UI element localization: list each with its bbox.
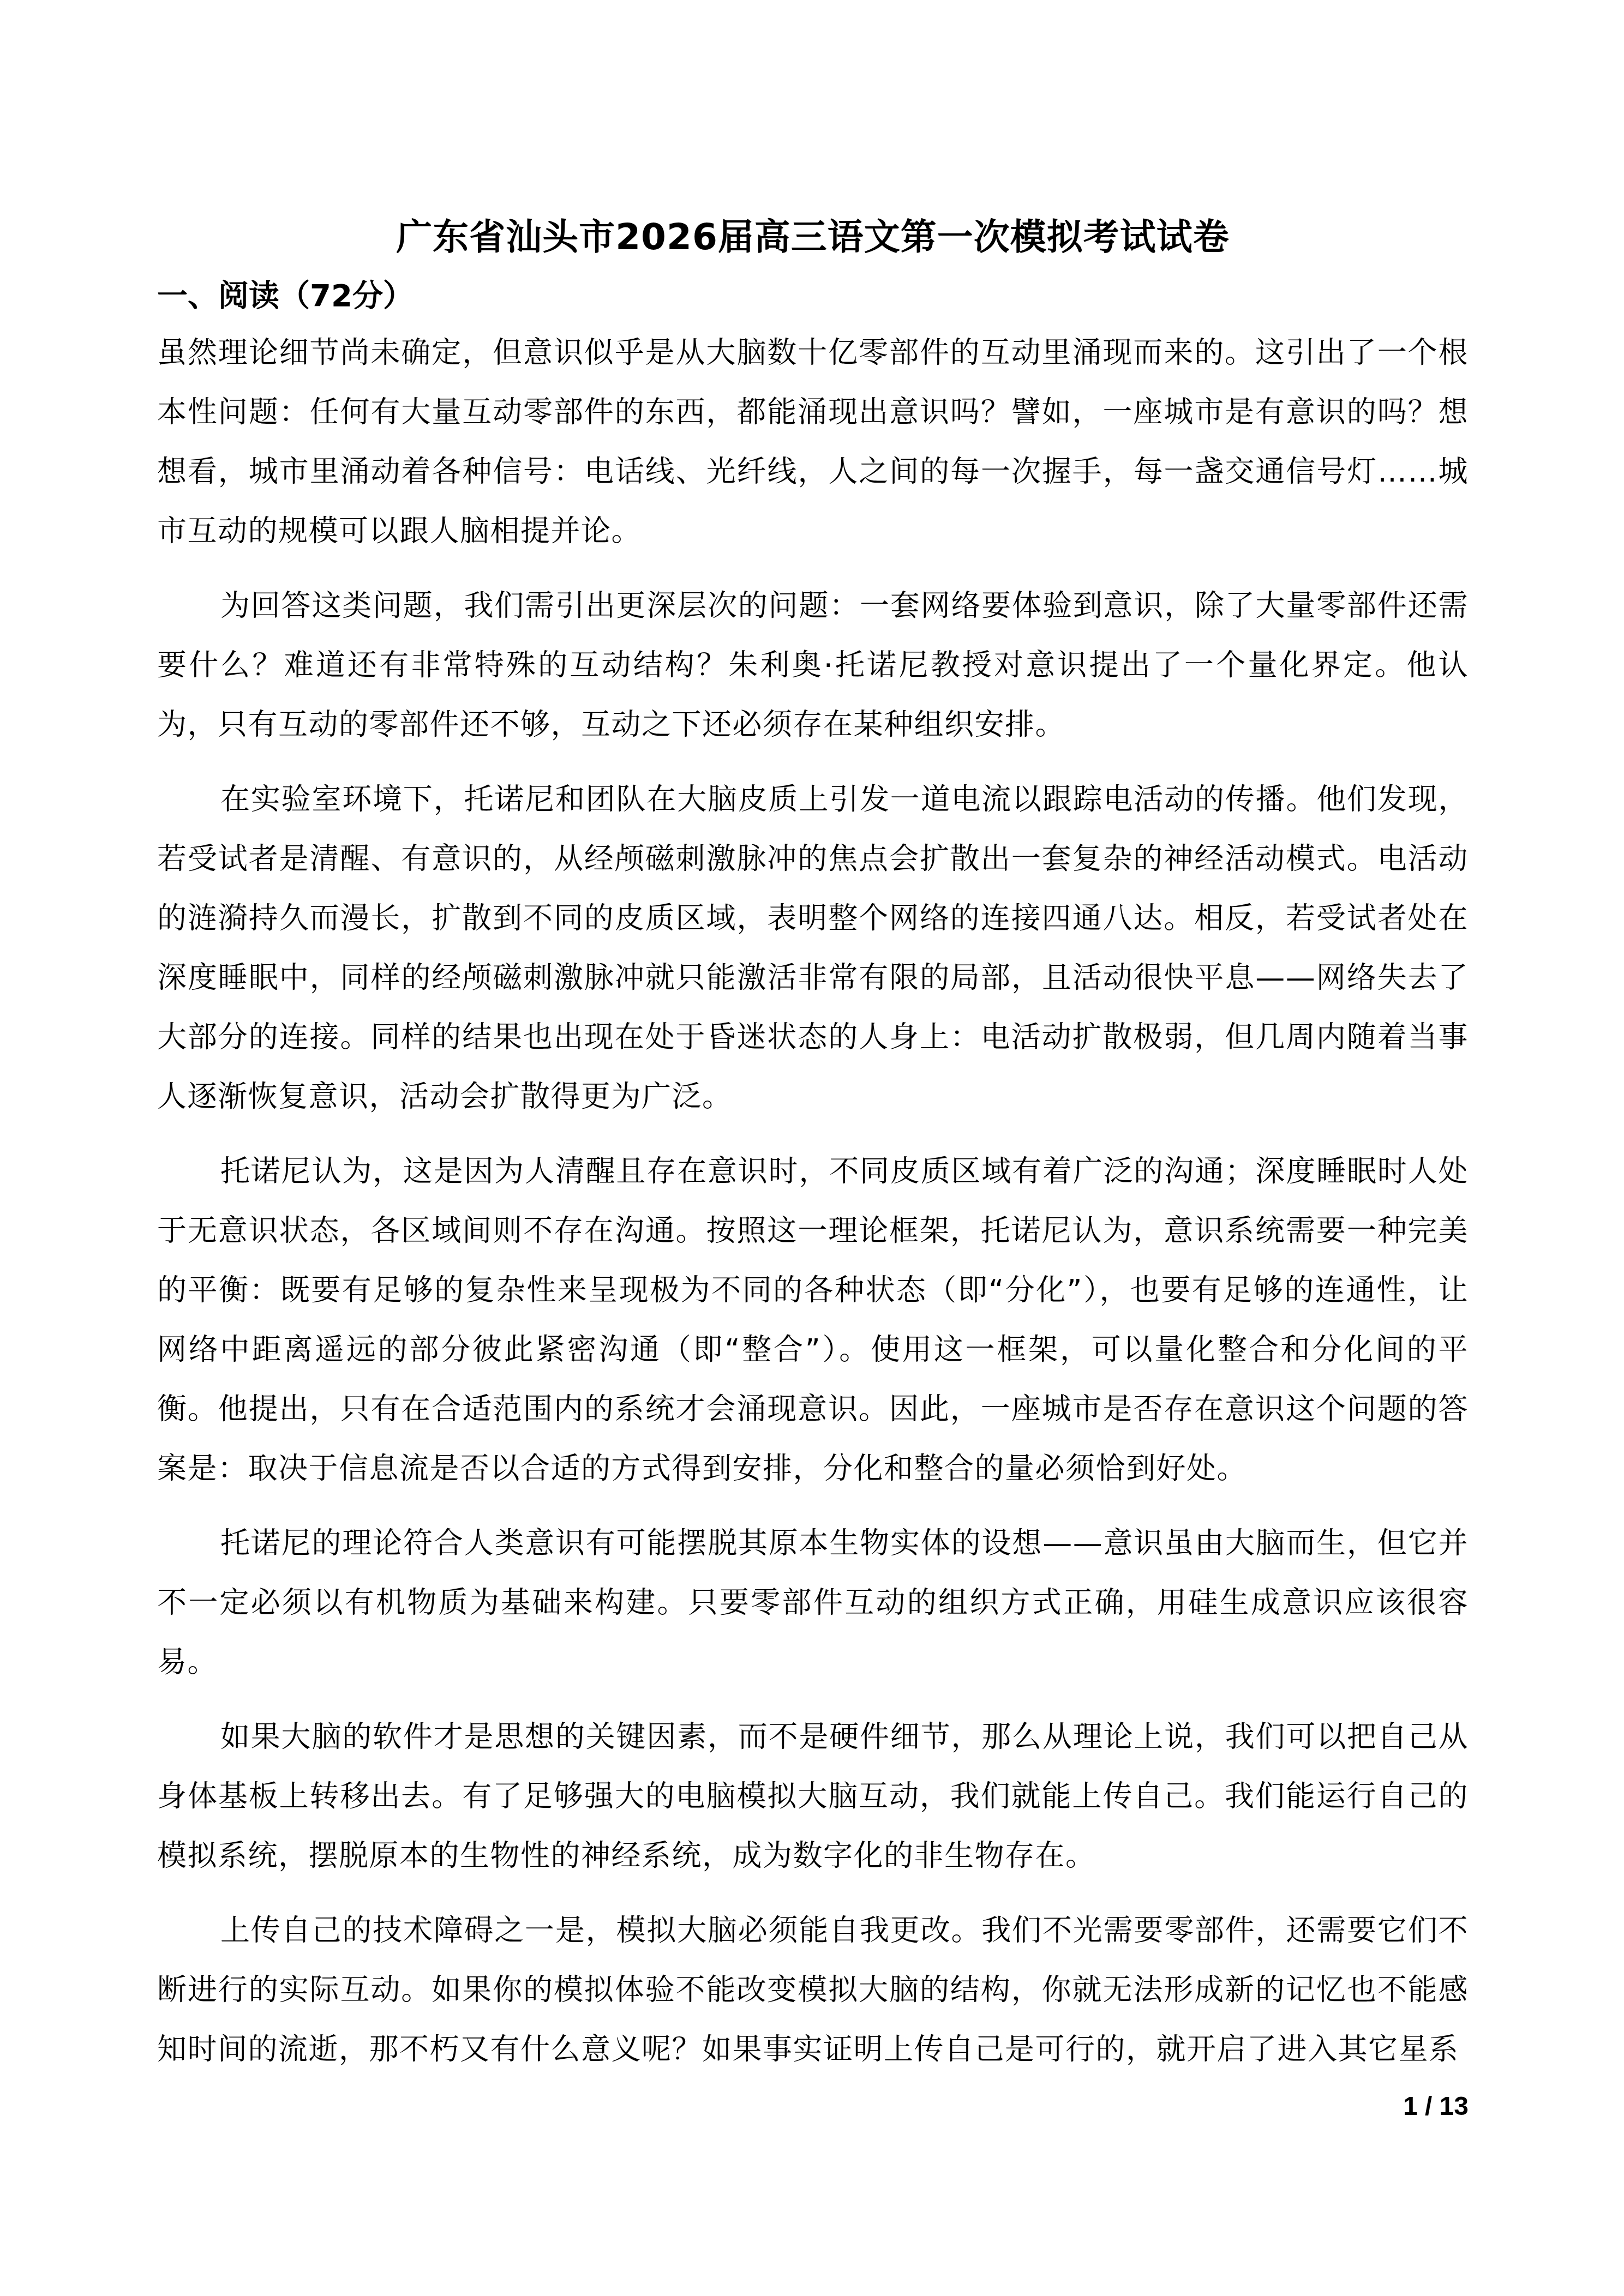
document-page: 广东省汕头市2026届高三语文第一次模拟考试试卷 一、阅读（72分） 虽然理论细… (157, 207, 1469, 2094)
section-heading-reading: 一、阅读（72分） (157, 272, 1469, 321)
document-title: 广东省汕头市2026届高三语文第一次模拟考试试卷 (157, 207, 1469, 267)
paragraph-3: 在实验室环境下，托诺尼和团队在大脑皮质上引发一道电流以跟踪电活动的传播。他们发现… (157, 770, 1469, 1126)
paragraph-4: 托诺尼认为，这是因为人清醒且存在意识时，不同皮质区域有着广泛的沟通；深度睡眠时人… (157, 1141, 1469, 1498)
paragraph-6: 如果大脑的软件才是思想的关键因素，而不是硬件细节，那么从理论上说，我们可以把自己… (157, 1707, 1469, 1885)
paragraph-5: 托诺尼的理论符合人类意识有可能摆脱其原本生物实体的设想——意识虽由大脑而生，但它… (157, 1513, 1469, 1692)
paragraph-1: 虽然理论细节尚未确定，但意识似乎是从大脑数十亿零部件的互动里涌现而来的。这引出了… (157, 323, 1469, 561)
paragraph-2: 为回答这类问题，我们需引出更深层次的问题：一套网络要体验到意识，除了大量零部件还… (157, 576, 1469, 754)
paragraph-7: 上传自己的技术障碍之一是，模拟大脑必须能自我更改。我们不光需要零部件，还需要它们… (157, 1901, 1469, 2079)
page-number: 1 / 13 (1403, 2091, 1469, 2121)
